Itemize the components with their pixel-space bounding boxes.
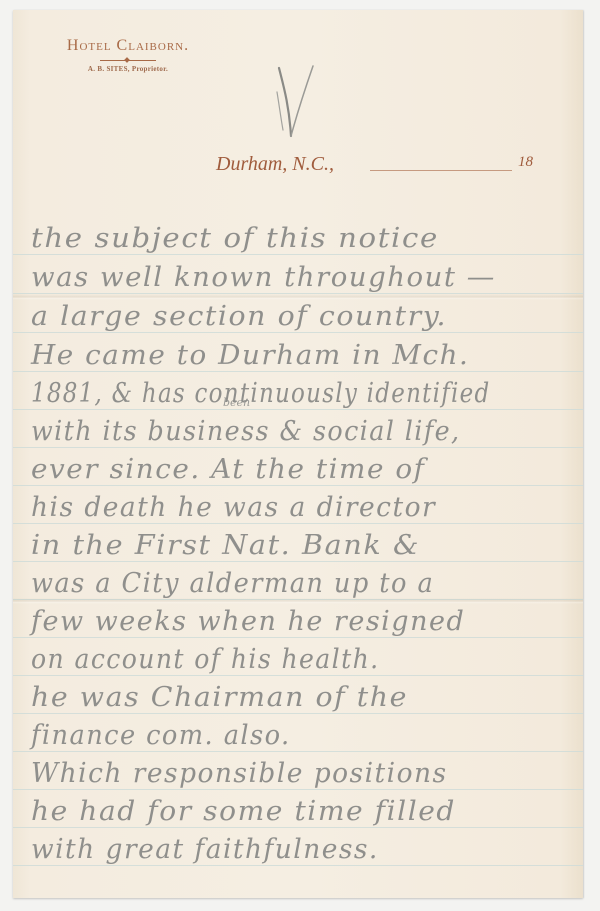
- ruled-line: [13, 523, 583, 524]
- handwritten-line: he had for some time filled: [31, 797, 456, 827]
- ruled-line: [13, 675, 583, 676]
- ruled-line: [13, 447, 583, 448]
- date-blank-line: [370, 170, 512, 171]
- handwritten-line: in the First Nat. Bank &: [31, 531, 420, 561]
- handwritten-line: few weeks when he resigned: [31, 607, 465, 637]
- handwritten-line: was a City alderman up to a: [31, 569, 434, 599]
- handwritten-line: finance com. also.: [31, 721, 291, 751]
- proprietor-line: A. B. SITES, Proprietor.: [33, 65, 223, 73]
- ruled-line: [13, 409, 583, 410]
- handwritten-line: with its business & social life,: [31, 417, 461, 447]
- ruled-line: [13, 254, 583, 255]
- handwritten-line: the subject of this notice: [31, 224, 439, 254]
- check-mark-icon: [275, 64, 315, 144]
- handwritten-line: was well known throughout —: [31, 263, 496, 293]
- ruled-line: [13, 371, 583, 372]
- handwritten-line: with great faithfulness.: [31, 835, 379, 865]
- year-prefix: 18: [518, 154, 533, 171]
- ruled-line: [13, 332, 583, 333]
- place-name: Durham, N.C.,: [216, 152, 334, 176]
- handwritten-line: a large section of country.: [31, 302, 447, 332]
- ornament-divider: [100, 58, 156, 62]
- ruled-line: [13, 485, 583, 486]
- letter-page: Hotel Claiborn. A. B. SITES, Proprietor.…: [13, 10, 583, 898]
- letterhead: Hotel Claiborn. A. B. SITES, Proprietor.: [33, 37, 223, 73]
- dateline: Durham, N.C., 18: [216, 152, 546, 182]
- handwritten-line: Which responsible positions: [31, 759, 448, 789]
- hotel-name: Hotel Claiborn.: [33, 37, 223, 55]
- ruled-line: [13, 751, 583, 752]
- handwritten-line: ever since. At the time of: [31, 455, 425, 485]
- ruled-line: [13, 561, 583, 562]
- handwritten-line: He came to Durham in Mch.: [31, 341, 469, 371]
- ruled-line: [13, 789, 583, 790]
- fold-crease: [13, 294, 583, 300]
- handwritten-line: 1881, & has continuously identified: [31, 379, 491, 409]
- handwritten-line: on account of his health.: [31, 645, 380, 675]
- handwritten-line: his death he was a director: [31, 493, 436, 523]
- ruled-line: [13, 827, 583, 828]
- ruled-line: [13, 865, 583, 866]
- handwritten-line: he was Chairman of the: [31, 683, 408, 713]
- ruled-line: [13, 637, 583, 638]
- ruled-line: [13, 713, 583, 714]
